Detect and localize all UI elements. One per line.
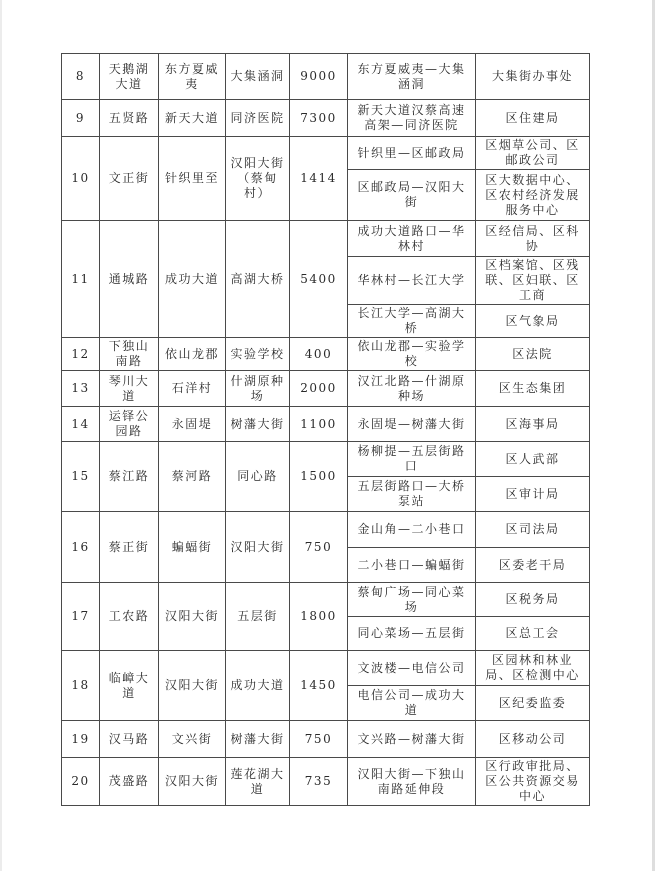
start-point: 东方夏威夷 <box>159 54 226 100</box>
road-responsibility-table: 8 天鹅湖大道 东方夏威夷 大集涵洞 9000 东方夏威夷—大集涵洞 大集街办事… <box>61 53 590 806</box>
section: 成功大道路口—华林村 <box>348 221 476 257</box>
responsible-unit: 区委老干局 <box>476 548 590 583</box>
responsible-unit: 区税务局 <box>476 583 590 617</box>
responsible-unit: 区海事局 <box>476 407 590 442</box>
road-name: 汉马路 <box>100 721 159 758</box>
section: 永固堤—树藩大街 <box>348 407 476 442</box>
row-number: 18 <box>62 651 100 721</box>
responsible-unit: 区档案馆、区残联、区妇联、区工商 <box>476 257 590 305</box>
road-name: 文正街 <box>100 137 159 221</box>
road-name: 下独山南路 <box>100 338 159 371</box>
responsible-unit: 区法院 <box>476 338 590 371</box>
length: 1800 <box>290 583 348 651</box>
length: 7300 <box>290 100 348 137</box>
length: 5400 <box>290 221 348 338</box>
length: 735 <box>290 758 348 806</box>
end-point: 树藩大街 <box>226 721 290 758</box>
length: 1500 <box>290 442 348 512</box>
road-name: 琴川大道 <box>100 371 159 407</box>
section: 蔡甸广场—同心菜场 <box>348 583 476 617</box>
row-number: 12 <box>62 338 100 371</box>
table-row: 17 工农路 汉阳大街 五层街 1800 蔡甸广场—同心菜场 区税务局 <box>62 583 590 617</box>
road-name: 蔡江路 <box>100 442 159 512</box>
row-number: 13 <box>62 371 100 407</box>
row-number: 17 <box>62 583 100 651</box>
end-point: 莲花湖大道 <box>226 758 290 806</box>
table-row: 9 五贤路 新天大道 同济医院 7300 新天大道汉蔡高速高架—同济医院 区住建… <box>62 100 590 137</box>
start-point: 新天大道 <box>159 100 226 137</box>
end-point: 成功大道 <box>226 651 290 721</box>
section: 五层街路口—大桥泵站 <box>348 477 476 512</box>
length: 750 <box>290 512 348 583</box>
page-edge-left <box>0 0 2 871</box>
end-point: 实验学校 <box>226 338 290 371</box>
length: 400 <box>290 338 348 371</box>
end-point: 高湖大桥 <box>226 221 290 338</box>
start-point: 成功大道 <box>159 221 226 338</box>
table-row: 19 汉马路 文兴街 树藩大街 750 文兴路—树藩大街 区移动公司 <box>62 721 590 758</box>
length: 1414 <box>290 137 348 221</box>
section: 汉阳大街—下独山南路延伸段 <box>348 758 476 806</box>
end-point: 树藩大街 <box>226 407 290 442</box>
section: 杨柳提—五层街路口 <box>348 442 476 477</box>
length: 9000 <box>290 54 348 100</box>
start-point: 蝙蝠街 <box>159 512 226 583</box>
row-number: 14 <box>62 407 100 442</box>
section: 区邮政局—汉阳大街 <box>348 170 476 221</box>
road-name: 蔡正街 <box>100 512 159 583</box>
road-name: 运铎公园路 <box>100 407 159 442</box>
table-row: 16 蔡正街 蝙蝠街 汉阳大街 750 金山角—二小巷口 区司法局 <box>62 512 590 548</box>
end-point: 五层街 <box>226 583 290 651</box>
table-row: 8 天鹅湖大道 东方夏威夷 大集涵洞 9000 东方夏威夷—大集涵洞 大集街办事… <box>62 54 590 100</box>
section: 电信公司—成功大道 <box>348 686 476 721</box>
table-row: 14 运铎公园路 永固堤 树藩大街 1100 永固堤—树藩大街 区海事局 <box>62 407 590 442</box>
responsible-unit: 区纪委监委 <box>476 686 590 721</box>
road-name: 临嶂大道 <box>100 651 159 721</box>
start-point: 永固堤 <box>159 407 226 442</box>
end-point: 同济医院 <box>226 100 290 137</box>
row-number: 9 <box>62 100 100 137</box>
start-point: 文兴街 <box>159 721 226 758</box>
row-number: 8 <box>62 54 100 100</box>
section: 汉江北路—什湖原种场 <box>348 371 476 407</box>
table-row: 12 下独山南路 依山龙郡 实验学校 400 依山龙郡—实验学校 区法院 <box>62 338 590 371</box>
responsible-unit: 区气象局 <box>476 305 590 338</box>
row-number: 10 <box>62 137 100 221</box>
section: 华林村—长江大学 <box>348 257 476 305</box>
start-point: 蔡河路 <box>159 442 226 512</box>
length: 1450 <box>290 651 348 721</box>
road-name: 通城路 <box>100 221 159 338</box>
end-point: 什湖原种场 <box>226 371 290 407</box>
start-point: 汉阳大街 <box>159 583 226 651</box>
length: 2000 <box>290 371 348 407</box>
table-row: 10 文正街 针织里至 汉阳大街（蔡甸村） 1414 针织里—区邮政局 区烟草公… <box>62 137 590 170</box>
responsible-unit: 区烟草公司、区邮政公司 <box>476 137 590 170</box>
end-point: 大集涵洞 <box>226 54 290 100</box>
section: 文兴路—树藩大街 <box>348 721 476 758</box>
responsible-unit: 区人武部 <box>476 442 590 477</box>
table-row: 15 蔡江路 蔡河路 同心路 1500 杨柳提—五层街路口 区人武部 <box>62 442 590 477</box>
responsible-unit: 区行政审批局、区公共资源交易中心 <box>476 758 590 806</box>
row-number: 15 <box>62 442 100 512</box>
end-point: 汉阳大街（蔡甸村） <box>226 137 290 221</box>
road-name: 工农路 <box>100 583 159 651</box>
length: 750 <box>290 721 348 758</box>
section: 同心菜场—五层街 <box>348 617 476 651</box>
row-number: 11 <box>62 221 100 338</box>
responsible-unit: 区大数据中心、区农村经济发展服务中心 <box>476 170 590 221</box>
section: 针织里—区邮政局 <box>348 137 476 170</box>
responsible-unit: 区移动公司 <box>476 721 590 758</box>
row-number: 20 <box>62 758 100 806</box>
row-number: 16 <box>62 512 100 583</box>
responsible-unit: 区总工会 <box>476 617 590 651</box>
road-name: 五贤路 <box>100 100 159 137</box>
responsible-unit: 大集街办事处 <box>476 54 590 100</box>
section: 金山角—二小巷口 <box>348 512 476 548</box>
section: 依山龙郡—实验学校 <box>348 338 476 371</box>
start-point: 依山龙郡 <box>159 338 226 371</box>
responsible-unit: 区生态集团 <box>476 371 590 407</box>
section: 长江大学—高湖大桥 <box>348 305 476 338</box>
table-row: 20 茂盛路 汉阳大街 莲花湖大道 735 汉阳大街—下独山南路延伸段 区行政审… <box>62 758 590 806</box>
section: 二小巷口—蝙蝠街 <box>348 548 476 583</box>
road-name: 天鹅湖大道 <box>100 54 159 100</box>
table-body: 8 天鹅湖大道 东方夏威夷 大集涵洞 9000 东方夏威夷—大集涵洞 大集街办事… <box>62 54 590 806</box>
responsible-unit: 区司法局 <box>476 512 590 548</box>
responsible-unit: 区审计局 <box>476 477 590 512</box>
section: 新天大道汉蔡高速高架—同济医院 <box>348 100 476 137</box>
table-row: 13 琴川大道 石洋村 什湖原种场 2000 汉江北路—什湖原种场 区生态集团 <box>62 371 590 407</box>
start-point: 石洋村 <box>159 371 226 407</box>
start-point: 汉阳大街 <box>159 758 226 806</box>
row-number: 19 <box>62 721 100 758</box>
section: 文波楼—电信公司 <box>348 651 476 686</box>
start-point: 针织里至 <box>159 137 226 221</box>
length: 1100 <box>290 407 348 442</box>
end-point: 同心路 <box>226 442 290 512</box>
end-point: 汉阳大街 <box>226 512 290 583</box>
table-row: 18 临嶂大道 汉阳大街 成功大道 1450 文波楼—电信公司 区园林和林业局、… <box>62 651 590 686</box>
road-name: 茂盛路 <box>100 758 159 806</box>
responsible-unit: 区住建局 <box>476 100 590 137</box>
start-point: 汉阳大街 <box>159 651 226 721</box>
table-row: 11 通城路 成功大道 高湖大桥 5400 成功大道路口—华林村 区经信局、区科… <box>62 221 590 257</box>
section: 东方夏威夷—大集涵洞 <box>348 54 476 100</box>
responsible-unit: 区经信局、区科协 <box>476 221 590 257</box>
responsible-unit: 区园林和林业局、区检测中心 <box>476 651 590 686</box>
